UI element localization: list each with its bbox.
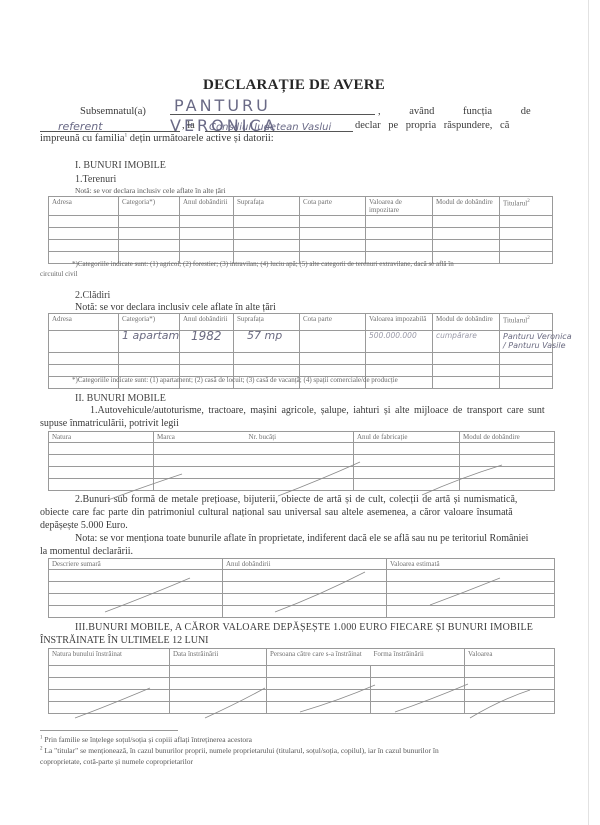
cell[interactable] bbox=[354, 443, 460, 455]
cell[interactable] bbox=[49, 582, 223, 594]
cladiri-footnote: *)Categoriile indicate sunt: (1) apartam… bbox=[72, 376, 398, 384]
declar-label: declar pe propria răspundere, că bbox=[355, 120, 509, 131]
cell[interactable] bbox=[49, 690, 170, 702]
cell-anul[interactable]: 1982 bbox=[180, 331, 234, 353]
col-titular: Titularul2 bbox=[500, 314, 553, 331]
cell[interactable] bbox=[49, 666, 170, 678]
cell[interactable] bbox=[460, 443, 555, 455]
cell-valoarea[interactable]: 500.000.000 bbox=[366, 331, 433, 353]
cell[interactable] bbox=[371, 702, 465, 714]
cell[interactable] bbox=[267, 666, 371, 678]
table-row bbox=[49, 479, 555, 491]
table-row bbox=[49, 455, 555, 467]
cell[interactable] bbox=[465, 666, 555, 678]
cell[interactable] bbox=[180, 216, 234, 228]
col-forma: Forma înstrăinării bbox=[371, 649, 465, 666]
cell[interactable] bbox=[460, 455, 555, 467]
terenuri-footnote-2: circuitul civil bbox=[40, 270, 78, 278]
avand-functia-label: , având funcția de bbox=[378, 106, 531, 117]
cell[interactable] bbox=[154, 443, 246, 455]
col-modul-dobandire: Modul de dobândire bbox=[460, 432, 555, 443]
cell[interactable] bbox=[223, 594, 387, 606]
cell[interactable] bbox=[433, 353, 500, 365]
cell[interactable] bbox=[354, 467, 460, 479]
bunuri-note-2: la momentul declarării. bbox=[40, 546, 133, 557]
cell[interactable] bbox=[465, 702, 555, 714]
cell[interactable] bbox=[354, 455, 460, 467]
cell[interactable] bbox=[246, 455, 354, 467]
cell[interactable] bbox=[460, 467, 555, 479]
cell-modul[interactable]: cumpărare bbox=[433, 331, 500, 353]
table-row bbox=[49, 702, 555, 714]
cell[interactable] bbox=[465, 690, 555, 702]
col-suprafata: Suprafața bbox=[234, 197, 300, 216]
footnote-1-text: Prin familie se înțelege soțul/soția și … bbox=[43, 735, 253, 744]
institutie-field[interactable]: Consiliul Judetean Vaslui bbox=[205, 117, 353, 132]
cladiri-heading: 2.Clădiri bbox=[75, 290, 110, 301]
cell[interactable] bbox=[49, 570, 223, 582]
cell[interactable] bbox=[300, 353, 366, 365]
col-titular-text: Titularul bbox=[503, 199, 527, 207]
col-adresa: Adresa bbox=[49, 197, 119, 216]
footnote-2: 2 La "titular" se menționează, în cazul … bbox=[40, 746, 439, 755]
intro-line2-b: dețin următoarele active și datorii: bbox=[127, 133, 274, 144]
vehicule-text-2: supuse înmatriculării, potrivit legii bbox=[40, 418, 179, 429]
footnote-ref-2: 2 bbox=[527, 316, 530, 321]
col-anul-fabricatie: Anul de fabricație bbox=[354, 432, 460, 443]
cell[interactable] bbox=[170, 690, 267, 702]
cell[interactable] bbox=[500, 365, 553, 377]
cell[interactable] bbox=[170, 666, 267, 678]
cell[interactable] bbox=[49, 606, 223, 618]
table-header-row: Adresa Categoria*) Anul dobândirii Supra… bbox=[49, 314, 553, 331]
cell[interactable] bbox=[366, 216, 433, 228]
cell[interactable] bbox=[49, 353, 119, 365]
cell[interactable] bbox=[180, 240, 234, 252]
cell[interactable] bbox=[433, 365, 500, 377]
table-row bbox=[49, 690, 555, 702]
cell[interactable] bbox=[119, 353, 180, 365]
table-row bbox=[49, 240, 553, 252]
section-3-heading-2: ÎNSTRĂINATE ÎN ULTIMELE 12 LUNI bbox=[40, 635, 209, 646]
la-label: , la bbox=[182, 120, 195, 131]
cell[interactable] bbox=[500, 216, 553, 228]
cell[interactable] bbox=[119, 240, 180, 252]
cell[interactable] bbox=[433, 228, 500, 240]
cell[interactable] bbox=[49, 455, 154, 467]
cell[interactable] bbox=[170, 702, 267, 714]
cell[interactable] bbox=[49, 678, 170, 690]
table-header-row: Descriere sumară Anul dobândirii Valoare… bbox=[49, 559, 555, 570]
cell[interactable] bbox=[154, 479, 246, 491]
col-natura-bunului: Natura bunului înstrăinat bbox=[49, 649, 170, 666]
table-header-row: Adresa Categoria*) Anul dobândirii Supra… bbox=[49, 197, 553, 216]
cell[interactable] bbox=[460, 479, 555, 491]
cell[interactable] bbox=[223, 606, 387, 618]
col-titular-text: Titularul bbox=[503, 316, 527, 324]
col-valoarea: Valoarea bbox=[465, 649, 555, 666]
table-row bbox=[49, 570, 555, 582]
table-header-row: Natura bunului înstrăinat Data înstrăină… bbox=[49, 649, 555, 666]
col-persoana: Persoana către care s-a înstrăinat bbox=[267, 649, 371, 666]
cell[interactable] bbox=[371, 666, 465, 678]
cell[interactable] bbox=[49, 479, 154, 491]
intro-line2: impreună cu familia1 dețin următoarele a… bbox=[40, 133, 274, 144]
cell[interactable] bbox=[371, 690, 465, 702]
cell[interactable] bbox=[234, 228, 300, 240]
col-anul: Anul dobândirii bbox=[180, 197, 234, 216]
cell[interactable] bbox=[234, 240, 300, 252]
table-row bbox=[49, 443, 555, 455]
cell[interactable] bbox=[49, 240, 119, 252]
cell[interactable] bbox=[246, 443, 354, 455]
institutie-value: Consiliul Judetean Vaslui bbox=[209, 122, 331, 133]
vehicule-text-1: 1.Autovehicule/autoturisme, tractoare, m… bbox=[90, 405, 545, 416]
table-row bbox=[49, 365, 553, 377]
col-valoarea: Valoarea de impozitare bbox=[366, 197, 433, 216]
cell[interactable] bbox=[354, 479, 460, 491]
bunuri-note-1: Nota: se vor menționa toate bunurile afl… bbox=[75, 533, 528, 544]
cell[interactable] bbox=[300, 228, 366, 240]
intro-line2-a: impreună cu familia bbox=[40, 133, 125, 144]
name-field[interactable]: PANTURU VERONICA bbox=[170, 96, 375, 115]
table-header-row: Natura Marca Nr. bucăți Anul de fabricaț… bbox=[49, 432, 555, 443]
subsemnatul-label: Subsemnatul(a) bbox=[80, 106, 146, 117]
document-title: DECLARAȚIE DE AVERE bbox=[0, 77, 588, 94]
cell[interactable] bbox=[119, 216, 180, 228]
col-suprafata: Suprafața bbox=[234, 314, 300, 331]
handwritten-value: 1 apartament bbox=[122, 331, 180, 343]
cell[interactable] bbox=[223, 570, 387, 582]
terenuri-footnote: *)Categoriile indicate sunt: (1) agricol… bbox=[72, 260, 454, 268]
table-row bbox=[49, 666, 555, 678]
cell[interactable] bbox=[223, 582, 387, 594]
terenuri-table: Adresa Categoria*) Anul dobândirii Supra… bbox=[48, 196, 553, 264]
section-3-heading-1: III.BUNURI MOBILE, A CĂROR VALOARE DEPĂȘ… bbox=[75, 622, 533, 633]
cell[interactable] bbox=[500, 377, 553, 389]
section-1-heading: I. BUNURI IMOBILE bbox=[75, 160, 166, 171]
cell-adresa[interactable] bbox=[49, 331, 119, 353]
bunuri-text-1: 2.Bunuri sub formă de metale prețioase, … bbox=[75, 494, 517, 505]
col-descriere: Descriere sumară bbox=[49, 559, 223, 570]
table-row: 1 apartament 1982 57 mp 500.000.000 cump… bbox=[49, 331, 553, 353]
col-natura: Natura bbox=[49, 432, 154, 443]
cell[interactable] bbox=[246, 479, 354, 491]
col-adresa: Adresa bbox=[49, 314, 119, 331]
vehicule-table: Natura Marca Nr. bucăți Anul de fabricaț… bbox=[48, 431, 555, 491]
cell[interactable] bbox=[371, 678, 465, 690]
col-modul: Modul de dobândire bbox=[433, 197, 500, 216]
col-categoria: Categoria*) bbox=[119, 314, 180, 331]
bunuri-text-2: obiecte care fac parte din patrimoniul c… bbox=[40, 507, 513, 518]
cladiri-note: Notă: se vor declara inclusiv cele aflat… bbox=[75, 302, 276, 313]
bunuri-table: Descriere sumară Anul dobândirii Valoare… bbox=[48, 558, 555, 618]
cell[interactable] bbox=[387, 582, 555, 594]
table-row bbox=[49, 678, 555, 690]
terenuri-note: Notă: se vor declara inclusiv cele aflat… bbox=[75, 186, 226, 195]
cell[interactable] bbox=[433, 377, 500, 389]
col-modul: Modul de dobândire bbox=[433, 314, 500, 331]
cell[interactable] bbox=[49, 443, 154, 455]
cell[interactable] bbox=[366, 353, 433, 365]
cell[interactable] bbox=[154, 455, 246, 467]
cell[interactable] bbox=[300, 365, 366, 377]
col-anul: Anul dobândirii bbox=[180, 314, 234, 331]
cell[interactable] bbox=[500, 252, 553, 264]
cell[interactable] bbox=[387, 606, 555, 618]
cell[interactable] bbox=[300, 240, 366, 252]
functie-field[interactable]: referent bbox=[40, 117, 180, 132]
cell[interactable] bbox=[465, 678, 555, 690]
footnote-2-text: La "titular" se menționează, în cazul bu… bbox=[43, 746, 439, 755]
cell[interactable] bbox=[500, 353, 553, 365]
cell[interactable] bbox=[267, 702, 371, 714]
cell[interactable] bbox=[180, 365, 234, 377]
handwritten-value: 57 mp bbox=[247, 331, 282, 343]
cell[interactable] bbox=[366, 365, 433, 377]
cell[interactable] bbox=[180, 353, 234, 365]
terenuri-heading: 1.Terenuri bbox=[75, 174, 116, 185]
cell[interactable] bbox=[234, 216, 300, 228]
cell[interactable] bbox=[154, 467, 246, 479]
cell-cota[interactable] bbox=[300, 331, 366, 353]
col-nr-bucati: Nr. bucăți bbox=[246, 432, 354, 443]
functie-value: referent bbox=[58, 120, 103, 133]
table-row bbox=[49, 606, 555, 618]
footnote-2-cont: coproprietate, cotă-parte și numele copr… bbox=[40, 757, 193, 766]
cell[interactable] bbox=[366, 240, 433, 252]
cell[interactable] bbox=[49, 594, 223, 606]
table-row bbox=[49, 594, 555, 606]
cell[interactable] bbox=[500, 240, 553, 252]
instrainate-table: Natura bunului înstrăinat Data înstrăină… bbox=[48, 648, 555, 714]
footnote-1: 1 Prin familie se înțelege soțul/soția ș… bbox=[40, 735, 252, 744]
footnote-rule bbox=[40, 730, 178, 731]
col-categoria: Categoria*) bbox=[119, 197, 180, 216]
cell[interactable] bbox=[500, 228, 553, 240]
cell[interactable] bbox=[267, 678, 371, 690]
cell[interactable] bbox=[234, 353, 300, 365]
cell[interactable] bbox=[49, 228, 119, 240]
cell-titular[interactable]: Panturu Veronica / Panturu Vasile bbox=[500, 331, 553, 353]
section-2-heading: II. BUNURI MOBILE bbox=[75, 393, 166, 404]
cell[interactable] bbox=[49, 365, 119, 377]
handwritten-value: cumpărare bbox=[436, 331, 477, 340]
cell[interactable] bbox=[49, 702, 170, 714]
col-anul-dobandirii: Anul dobândirii bbox=[223, 559, 387, 570]
col-cota: Cota parte bbox=[300, 197, 366, 216]
table-row bbox=[49, 467, 555, 479]
handwritten-value: 500.000.000 bbox=[369, 331, 417, 340]
col-data-instrainarii: Data înstrăinării bbox=[170, 649, 267, 666]
declaration-page: DECLARAȚIE DE AVERE Subsemnatul(a) PANTU… bbox=[0, 0, 589, 825]
cell[interactable] bbox=[119, 228, 180, 240]
handwritten-value: Panturu Veronica / Panturu Vasile bbox=[503, 332, 573, 350]
cell[interactable] bbox=[300, 216, 366, 228]
col-marca: Marca bbox=[154, 432, 246, 443]
col-valoarea: Valoarea impozabilă bbox=[366, 314, 433, 331]
cell[interactable] bbox=[180, 228, 234, 240]
cell[interactable] bbox=[49, 216, 119, 228]
cell[interactable] bbox=[267, 690, 371, 702]
cell[interactable] bbox=[246, 467, 354, 479]
cell-suprafata[interactable]: 57 mp bbox=[234, 331, 300, 353]
table-row bbox=[49, 216, 553, 228]
col-titular: Titularul2 bbox=[500, 197, 553, 216]
cell[interactable] bbox=[119, 365, 180, 377]
bunuri-text-3: depășește 5.000 Euro. bbox=[40, 520, 128, 531]
cell[interactable] bbox=[234, 365, 300, 377]
col-cota: Cota parte bbox=[300, 314, 366, 331]
cell[interactable] bbox=[366, 228, 433, 240]
col-valoarea-estimata: Valoarea estimată bbox=[387, 559, 555, 570]
handwritten-value: 1982 bbox=[191, 331, 222, 344]
cell[interactable] bbox=[49, 467, 154, 479]
cell[interactable] bbox=[170, 678, 267, 690]
table-row bbox=[49, 228, 553, 240]
cell[interactable] bbox=[433, 240, 500, 252]
cell[interactable] bbox=[387, 594, 555, 606]
cell-categoria[interactable]: 1 apartament bbox=[119, 331, 180, 353]
cell[interactable] bbox=[433, 216, 500, 228]
table-row bbox=[49, 353, 553, 365]
cell[interactable] bbox=[387, 570, 555, 582]
footnote-ref-2: 2 bbox=[527, 199, 530, 204]
table-row bbox=[49, 582, 555, 594]
